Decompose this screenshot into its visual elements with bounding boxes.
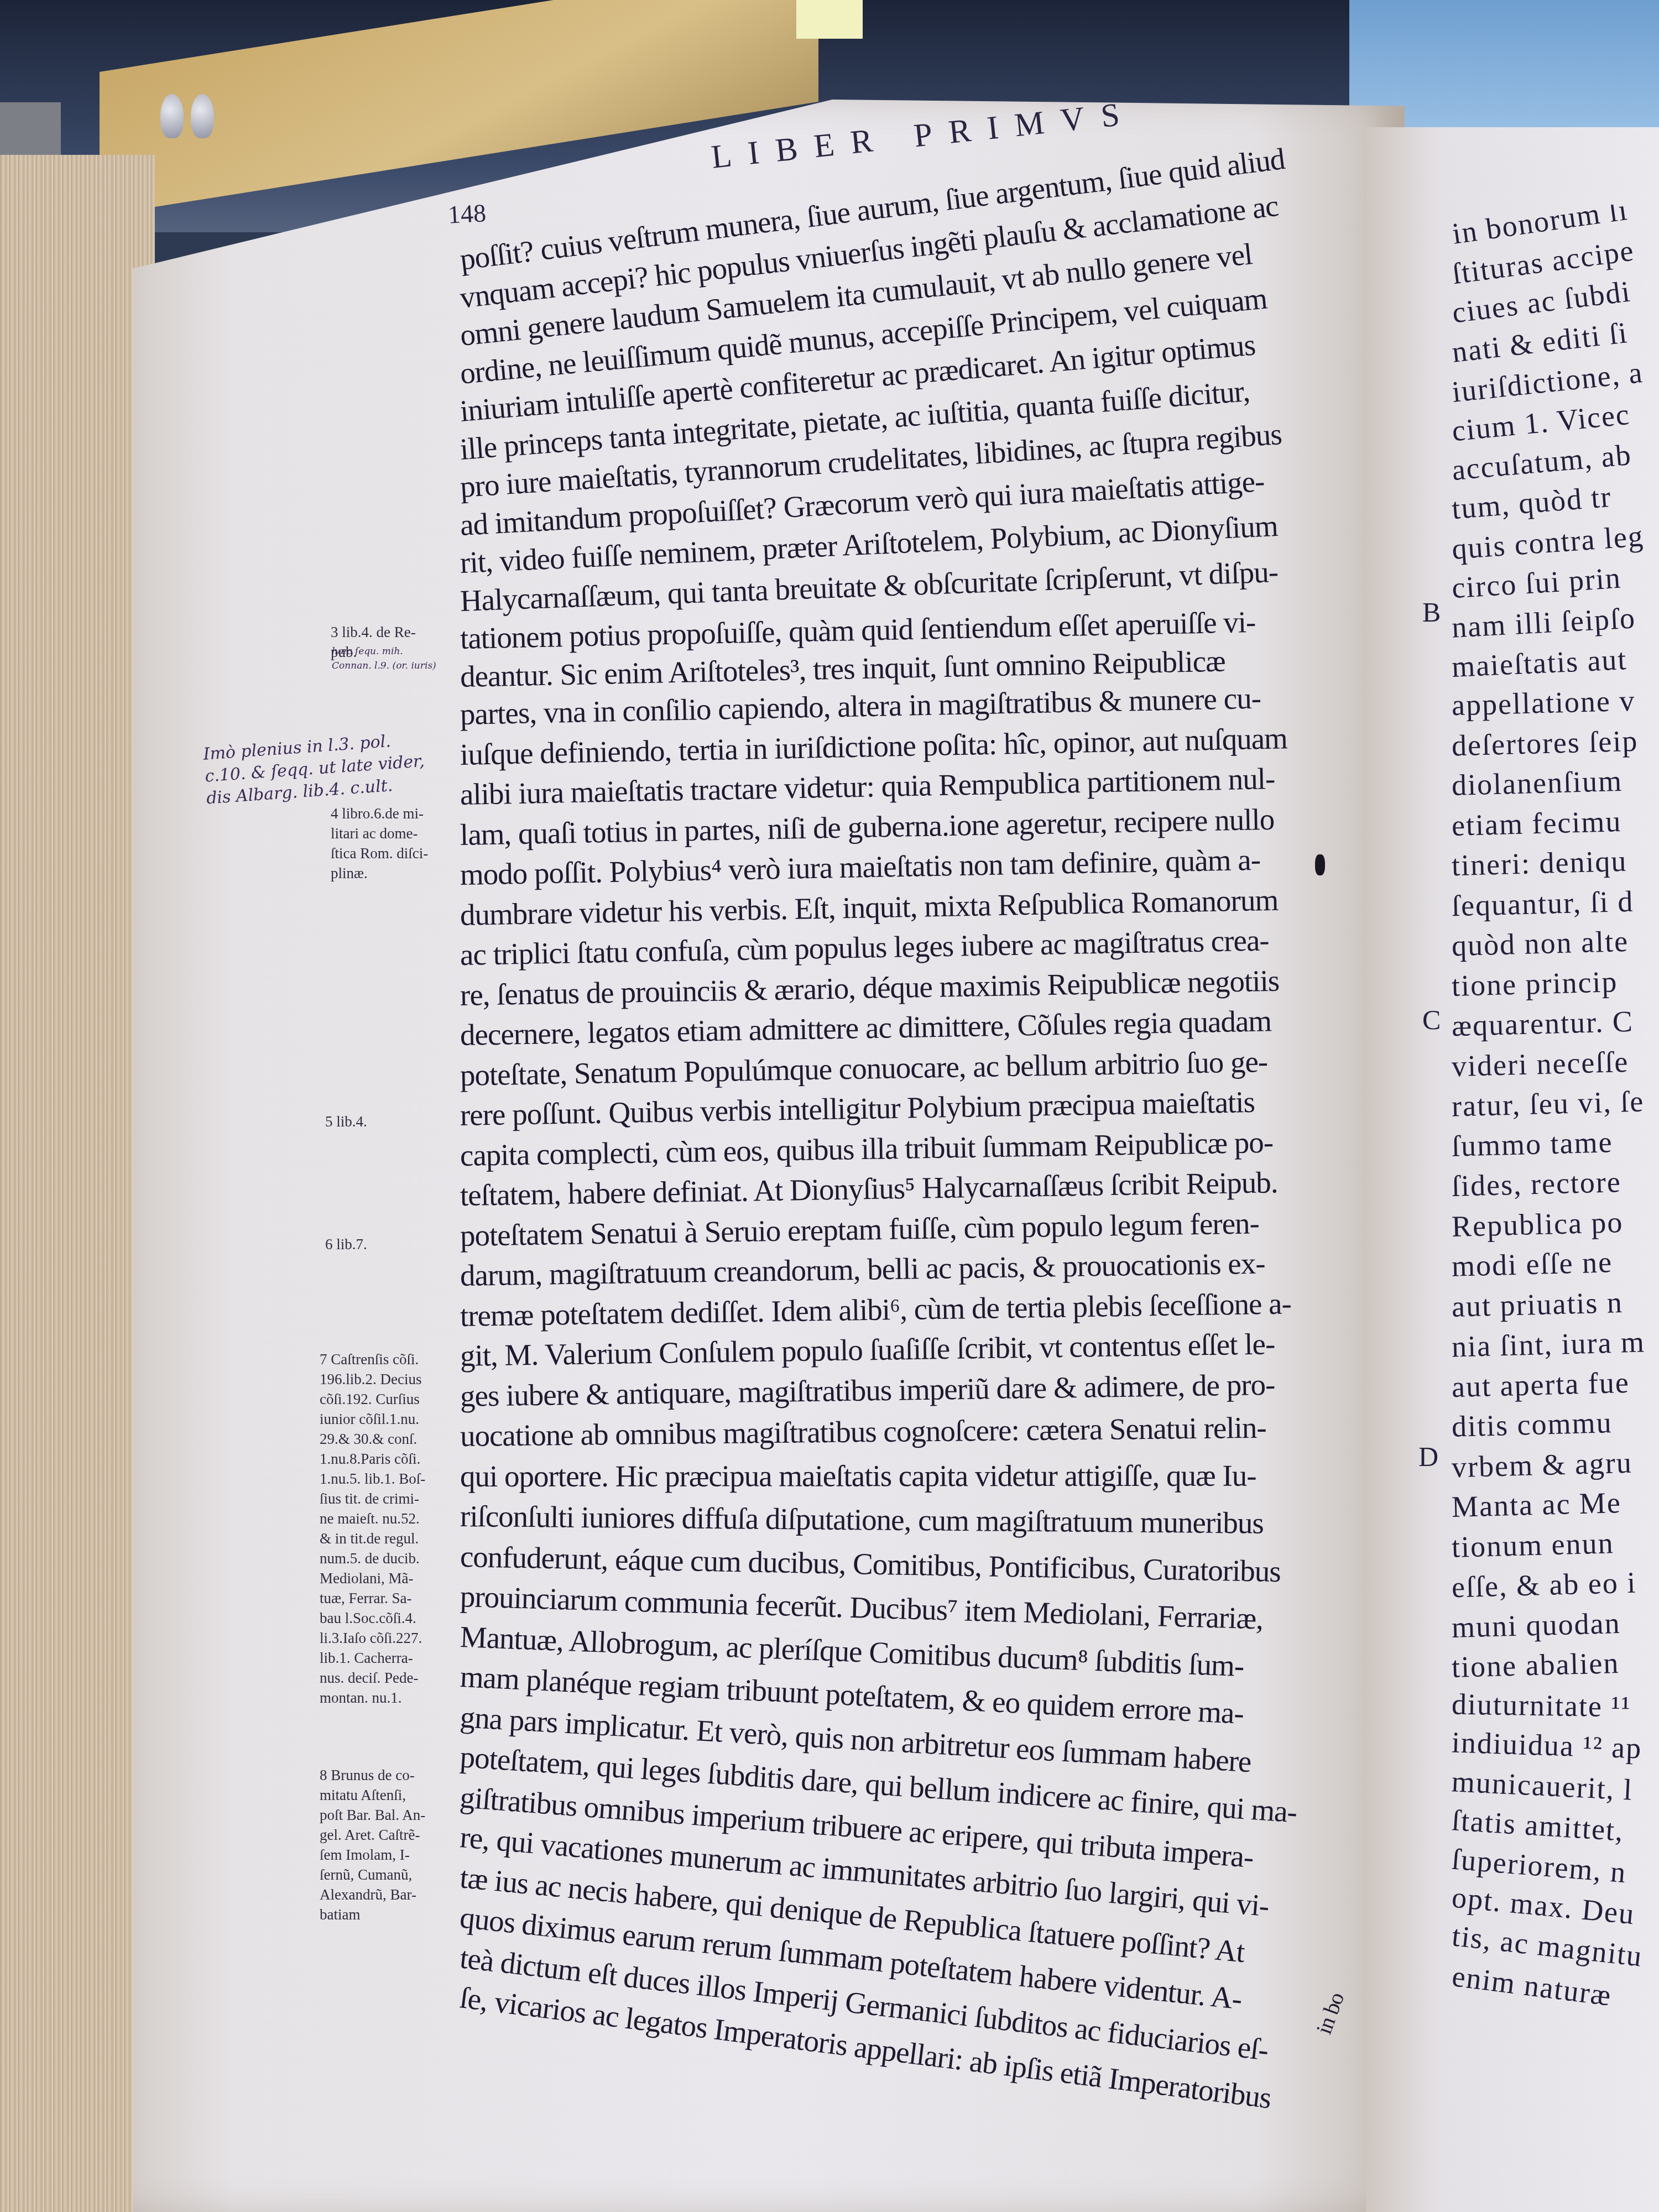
- margin-note-line: poſt Bar. Bal. An-: [320, 1805, 463, 1825]
- handwritten-line: hæc ſequ. mih.: [332, 644, 436, 659]
- margin-note-line: li.3.Iaſo cõſi.227.: [320, 1628, 463, 1648]
- facing-text-line: Republica po: [1452, 1204, 1624, 1243]
- margin-note-line: 4 libro.6.de mi-: [331, 804, 474, 823]
- facing-text-line: eſſe, & ab eo i: [1452, 1566, 1637, 1605]
- margin-note-line: num.5. de ducib.: [320, 1548, 463, 1568]
- facing-text-line: maieſtatis aut: [1452, 642, 1628, 684]
- facing-text-line: tione abalien: [1452, 1646, 1620, 1684]
- margin-note-line: 3 lib.4. de Re-: [331, 622, 474, 642]
- background-sticky-note: [796, 0, 863, 39]
- margin-note-line: tuæ, Ferrar. Sa-: [320, 1588, 463, 1608]
- facing-text-line: nam illi ſeipſo: [1452, 601, 1636, 644]
- margin-note-line: batiam: [320, 1905, 463, 1924]
- facing-text-line: ſequantur, ſi d: [1452, 884, 1634, 923]
- facing-text-line: indiuidua ¹² ap: [1452, 1725, 1642, 1766]
- margin-note-4: 4 libro.6.de mi- litari ac dome- ſtica R…: [331, 804, 474, 883]
- facing-text-line: æquarentur. C: [1452, 1004, 1634, 1044]
- facing-text-line: modi eſſe ne: [1452, 1245, 1613, 1284]
- facing-text-line: ſtatis amittet,: [1452, 1803, 1625, 1848]
- margin-note-line: 196.lib.2. Decius: [320, 1369, 463, 1389]
- facing-text-line: Manta ac Me: [1452, 1485, 1622, 1524]
- facing-text-line: muni quodan: [1452, 1606, 1621, 1645]
- margin-note-5: 5 lib.4.: [325, 1112, 469, 1131]
- facing-text-line: aut priuatis n: [1452, 1285, 1624, 1323]
- text-line: qui oportere. Hic præcipua maieſtatis ca…: [460, 1458, 1256, 1493]
- facing-text-line: ditis commu: [1452, 1405, 1613, 1444]
- page-number: 148: [447, 198, 487, 229]
- facing-text-line: diuturnitate ¹¹: [1452, 1687, 1631, 1724]
- margin-note-line: Alexandrũ, Bar-: [320, 1885, 463, 1905]
- section-letter-d: D: [1418, 1441, 1438, 1473]
- facing-text-line: appellatione v: [1452, 684, 1636, 723]
- facing-text-line: nia ſint, iura m: [1452, 1324, 1646, 1364]
- book-page-edges: [0, 155, 155, 2212]
- facing-text-line: etiam fecimu: [1452, 804, 1622, 842]
- margin-note-line: 1.nu.5. lib.1. Boſ-: [320, 1469, 463, 1489]
- facing-text-line: tione princip: [1452, 964, 1618, 1003]
- handwritten-note-small: hæc ſequ. mih. Connan. l.9. (or. iuris): [332, 644, 436, 673]
- facing-text-line: videri neceſſe: [1452, 1044, 1629, 1083]
- handwritten-line: Connan. l.9. (or. iuris): [332, 659, 436, 673]
- facing-text-line: tum, quòd tr: [1452, 479, 1613, 526]
- section-letter-c: C: [1422, 1004, 1441, 1036]
- margin-note-line: cõſi.192. Curſius: [320, 1389, 463, 1409]
- facing-text-line: ſummo tame: [1452, 1125, 1613, 1164]
- facing-text-line: municauerit, l: [1452, 1764, 1634, 1807]
- margin-note-6: 6 lib.7.: [325, 1234, 469, 1254]
- margin-note-line: plinæ.: [331, 863, 474, 883]
- margin-note-line: ſtica Rom. diſci-: [331, 843, 474, 863]
- facing-text-line: quòd non alte: [1452, 924, 1629, 963]
- text-line: riſconſulti iuniores diffuſa diſputation…: [460, 1499, 1264, 1541]
- margin-note-line: ſem Imolam, I-: [320, 1845, 463, 1865]
- margin-note-line: 6 lib.7.: [325, 1234, 469, 1254]
- section-letter-b: B: [1422, 596, 1441, 628]
- margin-note-line: bau l.Soc.cõſi.4.: [320, 1608, 463, 1628]
- facing-text-line: tineri: deniqu: [1452, 844, 1627, 883]
- margin-note-line: ſius tit. de crimi-: [320, 1489, 463, 1509]
- margin-note-line: montan. nu.1.: [320, 1688, 463, 1708]
- facing-text-line: ſides, rectore: [1452, 1165, 1622, 1203]
- margin-note-line: lib.1. Cacherra-: [320, 1648, 463, 1668]
- facing-page-text: in bonorum ſiſtituras accipeciues ac ſub…: [1452, 205, 1659, 2085]
- ink-blot: [1315, 854, 1325, 875]
- facing-text-line: quis contra leg: [1452, 519, 1645, 566]
- margin-note-line: iunior cõſil.1.nu.: [320, 1409, 463, 1429]
- facing-text-line: circo ſui prin: [1452, 560, 1623, 605]
- margin-note-line: litari ac dome-: [331, 823, 474, 843]
- facing-text-line: diolanenſium: [1452, 764, 1623, 802]
- facing-text-line: vrbem & agru: [1452, 1445, 1633, 1484]
- margin-note-line: nus. deciſ. Pede-: [320, 1668, 463, 1688]
- margin-note-line: 29.& 30.& conſ.: [320, 1429, 463, 1449]
- margin-note-line: 1.nu.8.Paris cõſi.: [320, 1449, 463, 1469]
- margin-note-8: 8 Brunus de co-mitatu Aſtenſi,poſt Bar. …: [320, 1765, 463, 1924]
- book-weight-snake: [160, 94, 184, 138]
- book-weight-snake: [191, 94, 214, 138]
- margin-note-line: gel. Aret. Caſtrẽ-: [320, 1825, 463, 1845]
- margin-note-line: Mediolani, Mã-: [320, 1568, 463, 1588]
- margin-note-line: 7 Caſtrenſis cõſi.: [320, 1349, 463, 1369]
- margin-note-line: ne maieſt. nu.52.: [320, 1509, 463, 1528]
- facing-text-line: tionum enun: [1452, 1526, 1614, 1564]
- margin-note-line: 5 lib.4.: [325, 1112, 469, 1131]
- facing-text-line: aut aperta fue: [1452, 1365, 1630, 1404]
- margin-note-line: 8 Brunus de co-: [320, 1765, 463, 1785]
- facing-text-line: ratur, ſeu vi, ſe: [1452, 1084, 1645, 1123]
- margin-note-line: & in tit.de regul.: [320, 1528, 463, 1548]
- margin-note-7: 7 Caſtrenſis cõſi.196.lib.2. Deciuscõſi.…: [320, 1349, 463, 1708]
- margin-note-line: ſernũ, Cumanũ,: [320, 1865, 463, 1885]
- facing-text-line: deſertores ſeip: [1452, 723, 1639, 763]
- margin-note-line: mitatu Aſtenſi,: [320, 1785, 463, 1805]
